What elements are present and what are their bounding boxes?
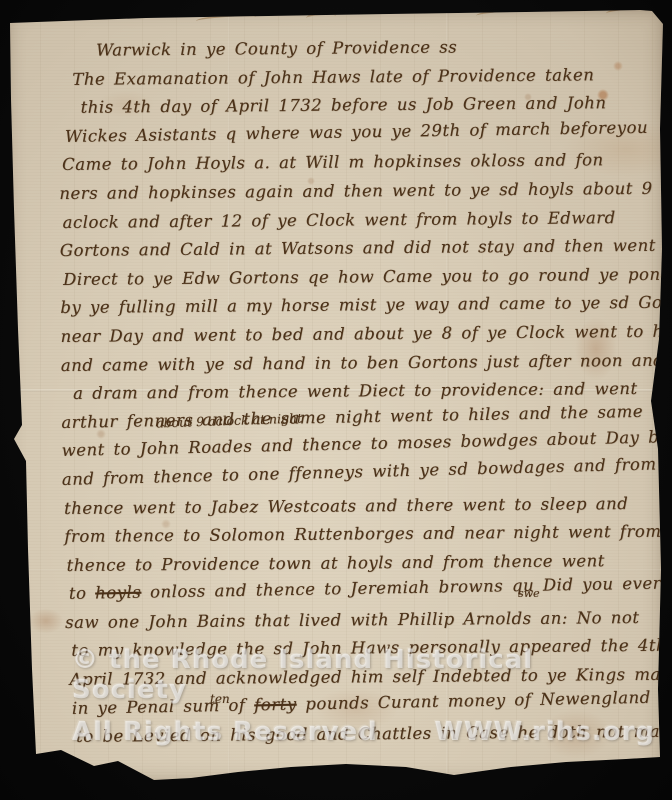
top-edge-ink-trace	[196, 13, 256, 25]
line-text: Warwick in ye County of Providence ss	[96, 38, 457, 60]
line-text: Direct to ye Edw Gortons qe how Came you…	[63, 264, 672, 288]
line-text: onloss and thence to Jeremiah browns qu …	[141, 574, 661, 602]
line-text: thence went to Jabez Westcoats and there…	[64, 494, 628, 518]
manuscript-line: near Day and went to bed and about ye 8 …	[60, 318, 646, 352]
line-text: near Day and went to bed and about ye 8 …	[61, 321, 672, 346]
top-edge-ink-trace	[606, 7, 646, 18]
line-text: this 4th day of April 1732 before us Job…	[81, 93, 607, 117]
line-text: to my knowledge the sd John Haws persona…	[71, 636, 672, 660]
manuscript-text: Warwick in ye County of Providence ssThe…	[58, 32, 650, 752]
superscript-annotation: swe	[518, 587, 540, 600]
line-text: pounds Curant money of Newengland ye sam…	[296, 686, 672, 713]
line-text: aclock and after 12 of ye Clock went fro…	[63, 208, 616, 232]
penalty-amount-annotation: ten	[210, 692, 230, 706]
top-edge-ink-trace	[476, 8, 526, 19]
line-text: saw one John Bains that lived with Phill…	[65, 608, 639, 632]
line-text: from thence to Solomon Ruttenborges and …	[64, 522, 661, 546]
line-text: Came to John Hoyls a. at Will m hopkinse…	[62, 151, 604, 175]
manuscript-line: to be Levied on his good and Chattles in…	[76, 718, 650, 752]
manuscript-line: ners and hopkinses again and then went t…	[59, 175, 645, 209]
line-text: ners and hopkinses again and then went t…	[59, 179, 652, 203]
line-text: The Examanation of John Haws late of Pro…	[72, 65, 594, 89]
line-text: Gortons and Cald in at Watsons and did n…	[60, 236, 656, 260]
line-text: Wickes Asistants q where was you ye 29th…	[65, 118, 648, 146]
manuscript-line: from thence to Solomon Ruttenborges and …	[64, 518, 648, 552]
struck-word: hoyls	[95, 583, 141, 603]
line-text: to be Levied on his good and Chattles in…	[76, 722, 672, 746]
line-text: by ye fulling mill a my horse mist ye wa…	[60, 293, 672, 318]
line-text: and came with ye sd hand in to ben Gorto…	[61, 350, 672, 375]
struck-word: forty	[254, 694, 297, 714]
document-paper: Warwick in ye County of Providence ssThe…	[6, 9, 663, 782]
top-edge-ink-trace	[306, 12, 336, 22]
line-text: to	[69, 584, 96, 603]
photo-background: Warwick in ye County of Providence ssThe…	[0, 0, 672, 800]
